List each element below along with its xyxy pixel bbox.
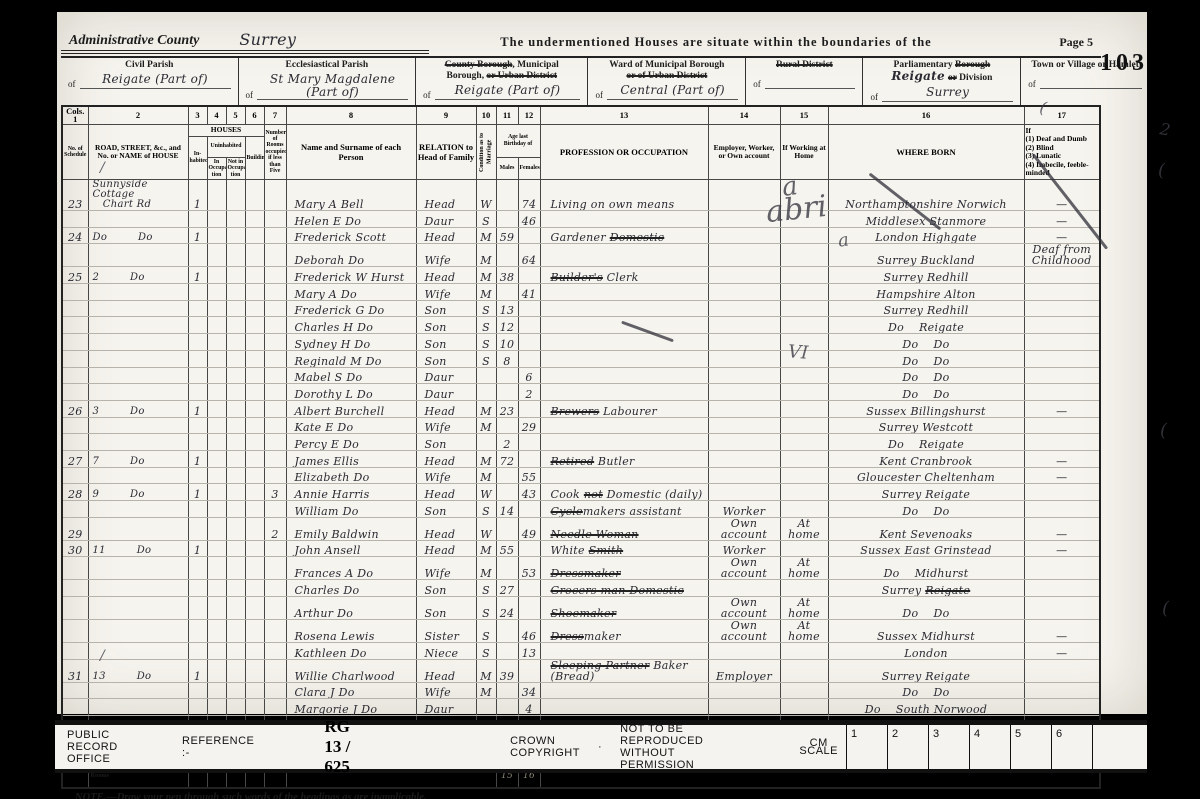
table-cell: [226, 434, 245, 451]
table-cell: Elizabeth Do: [286, 467, 416, 484]
table-cell: [518, 300, 540, 317]
scale-cell: 5: [1010, 725, 1051, 769]
table-cell: Cyclemakers assistant: [540, 501, 708, 518]
table-cell: M: [476, 400, 496, 417]
table-cell: [518, 227, 540, 244]
table-cell: [496, 211, 518, 228]
folio-number: 103: [1100, 50, 1148, 77]
table-cell: [245, 434, 264, 451]
table-cell: [207, 484, 226, 501]
table-cell: 1: [188, 267, 207, 284]
table-cell: [62, 620, 88, 643]
table-cell: [207, 467, 226, 484]
col-header-age: Age last Birthday of: [496, 125, 540, 158]
table-cell: [245, 450, 264, 467]
table-cell: [188, 501, 207, 518]
table-cell: —: [1024, 180, 1100, 211]
table-cell: [264, 540, 286, 557]
table-cell: [518, 597, 540, 620]
table-cell: [62, 699, 88, 716]
table-cell: [226, 501, 245, 518]
census-row: Charles H DoSonS12Do Reigate: [62, 317, 1100, 334]
table-cell: 1: [188, 227, 207, 244]
table-cell: [62, 501, 88, 518]
table-cell: [226, 467, 245, 484]
table-cell: [226, 643, 245, 660]
table-cell: 2: [518, 384, 540, 401]
table-cell: [708, 227, 780, 244]
scale-cell: 3: [928, 725, 969, 769]
table-cell: [207, 597, 226, 620]
census-row: Kate E DoWifeM29Surrey Westcott: [62, 417, 1100, 434]
table-cell: [780, 227, 828, 244]
table-cell: [1024, 334, 1100, 351]
table-cell: Margorie J Do: [286, 699, 416, 716]
table-cell: [245, 467, 264, 484]
table-cell: [264, 450, 286, 467]
table-cell: Son: [416, 597, 476, 620]
table-cell: Head: [416, 659, 476, 682]
table-cell: [188, 211, 207, 228]
table-cell: Daur: [416, 384, 476, 401]
district-box: Ecclesiastical ParishofSt Mary Magdalene…: [239, 58, 417, 105]
column-number: 16: [828, 106, 1024, 125]
table-cell: —: [1024, 467, 1100, 484]
table-cell: [245, 580, 264, 597]
column-number: 12: [518, 106, 540, 125]
table-cell: [188, 384, 207, 401]
table-cell: [708, 384, 780, 401]
table-cell: [207, 317, 226, 334]
table-cell: [245, 180, 264, 211]
table-cell: [708, 367, 780, 384]
table-cell: [207, 557, 226, 580]
census-row: Percy E DoSon2Do Reigate: [62, 434, 1100, 451]
census-row: 24Do Do1Frederick ScottHeadM59Gardener D…: [62, 227, 1100, 244]
table-cell: [245, 367, 264, 384]
table-cell: [245, 317, 264, 334]
table-cell: [226, 300, 245, 317]
table-cell: [62, 417, 88, 434]
table-cell: [264, 434, 286, 451]
table-cell: [1024, 501, 1100, 518]
table-cell: Middlesex Stanmore: [828, 211, 1024, 228]
table-cell: [708, 267, 780, 284]
census-row: 263 Do1Albert BurchellHeadM23Brewers Lab…: [62, 400, 1100, 417]
census-row: 292Emily BaldwinHeadW49Needle WomanOwn a…: [62, 517, 1100, 540]
table-cell: Own account: [708, 557, 780, 580]
table-cell: [1024, 317, 1100, 334]
table-cell: 1: [188, 450, 207, 467]
table-cell: Head: [416, 267, 476, 284]
table-cell: Northamptonshire Norwich: [828, 180, 1024, 211]
table-cell: John Ansell: [286, 540, 416, 557]
table-cell: [245, 244, 264, 267]
table-cell: Retired Butler: [540, 450, 708, 467]
census-row: Rosena LewisSisterS46DressmakerOwn accou…: [62, 620, 1100, 643]
table-cell: [1024, 682, 1100, 699]
table-cell: [1024, 267, 1100, 284]
table-cell: Head: [416, 227, 476, 244]
table-cell: [264, 367, 286, 384]
table-cell: [207, 300, 226, 317]
table-cell: [226, 284, 245, 301]
col-header-condition: Condition as to Marriage: [476, 125, 496, 180]
table-cell: [540, 417, 708, 434]
table-cell: Wife: [416, 467, 476, 484]
table-cell: [245, 659, 264, 682]
table-cell: [708, 484, 780, 501]
table-cell: Sussex Billingshurst: [828, 400, 1024, 417]
table-cell: [88, 334, 188, 351]
table-cell: 1: [188, 540, 207, 557]
table-cell: 29: [62, 517, 88, 540]
table-cell: [207, 517, 226, 540]
table-cell: Sussex East Grinstead: [828, 540, 1024, 557]
table-cell: Frederick G Do: [286, 300, 416, 317]
table-cell: Dressmaker: [540, 557, 708, 580]
table-cell: S: [476, 620, 496, 643]
table-cell: Do Do: [828, 501, 1024, 518]
table-cell: [264, 557, 286, 580]
table-cell: Do Reigate: [828, 434, 1024, 451]
table-cell: [1024, 384, 1100, 401]
col-header-houses: HOUSES: [188, 125, 264, 137]
table-cell: [496, 467, 518, 484]
census-row: Elizabeth DoWifeM55Gloucester Cheltenham…: [62, 467, 1100, 484]
census-row: 277 Do1James EllisHeadM72Retired ButlerK…: [62, 450, 1100, 467]
table-cell: [245, 267, 264, 284]
col-header-relation: RELATION to Head of Family: [416, 125, 476, 180]
table-cell: Surrey Reigate: [828, 659, 1024, 682]
table-cell: [780, 317, 828, 334]
table-cell: Niece: [416, 643, 476, 660]
table-cell: [264, 682, 286, 699]
table-cell: [1024, 659, 1100, 682]
table-cell: 53: [518, 557, 540, 580]
table-cell: Daur: [416, 211, 476, 228]
table-cell: Deborah Do: [286, 244, 416, 267]
table-cell: W: [476, 180, 496, 211]
table-cell: [264, 317, 286, 334]
table-cell: Shoemaker: [540, 597, 708, 620]
table-cell: Wife: [416, 557, 476, 580]
table-cell: [88, 211, 188, 228]
col-header-name: Name and Surname of each Person: [286, 125, 416, 180]
table-cell: [226, 400, 245, 417]
scale-cell: [1092, 725, 1147, 769]
table-cell: [264, 643, 286, 660]
table-cell: [245, 557, 264, 580]
table-cell: [1024, 580, 1100, 597]
table-cell: Son: [416, 434, 476, 451]
table-cell: Charles Do: [286, 580, 416, 597]
census-row: Charles DoSonS27Grocers man DomesticSurr…: [62, 580, 1100, 597]
table-cell: Employer: [708, 659, 780, 682]
district-box: Rural Districtof: [746, 58, 863, 105]
table-cell: Head: [416, 450, 476, 467]
col-header-uninhabited: Uninhabited: [207, 136, 245, 157]
footer-office: PUBLIC RECORD OFFICE: [67, 729, 127, 765]
table-cell: [245, 227, 264, 244]
table-cell: [496, 180, 518, 211]
table-cell: 43: [518, 484, 540, 501]
table-cell: Kathleen Do: [286, 643, 416, 660]
table-cell: M: [476, 417, 496, 434]
table-cell: Kent Cranbrook: [828, 450, 1024, 467]
table-cell: [518, 580, 540, 597]
col-header-employer: Employer, Worker, or Own account: [708, 125, 780, 180]
table-cell: [207, 580, 226, 597]
pencil-annotation: (: [1160, 420, 1167, 441]
table-cell: [708, 682, 780, 699]
table-cell: Frederick Scott: [286, 227, 416, 244]
table-cell: [188, 284, 207, 301]
form-note: NOTE.—Draw your pen through such words o…: [75, 792, 1101, 799]
table-cell: [245, 211, 264, 228]
table-cell: Own account: [708, 597, 780, 620]
census-row: William DoSonS14Cyclemakers assistantWor…: [62, 501, 1100, 518]
table-cell: [207, 417, 226, 434]
column-number: 11: [496, 106, 518, 125]
table-cell: [207, 659, 226, 682]
table-cell: Do Do: [828, 682, 1024, 699]
table-cell: [245, 540, 264, 557]
table-cell: [207, 400, 226, 417]
table-cell: 12: [496, 317, 518, 334]
table-cell: Willie Charlwood: [286, 659, 416, 682]
footer-scale-ruler: 123456: [846, 725, 1147, 769]
table-cell: [207, 284, 226, 301]
table-cell: Head: [416, 484, 476, 501]
column-number: 15: [780, 106, 828, 125]
table-cell: S: [476, 501, 496, 518]
table-cell: [780, 682, 828, 699]
table-cell: [708, 350, 780, 367]
table-cell: 24: [62, 227, 88, 244]
table-cell: [476, 699, 496, 716]
scale-cell: 4: [969, 725, 1010, 769]
table-cell: [708, 211, 780, 228]
table-cell: [264, 417, 286, 434]
table-cell: Head: [416, 180, 476, 211]
table-cell: 28: [62, 484, 88, 501]
table-cell: [226, 267, 245, 284]
table-cell: [518, 317, 540, 334]
table-cell: 25: [62, 267, 88, 284]
table-cell: [88, 284, 188, 301]
table-cell: [496, 384, 518, 401]
column-number: 8: [286, 106, 416, 125]
table-cell: [245, 517, 264, 540]
table-cell: Sydney H Do: [286, 334, 416, 351]
table-cell: [708, 334, 780, 351]
census-row: Sydney H DoSonS10Do Do: [62, 334, 1100, 351]
pencil-annotation: 2: [1158, 119, 1171, 139]
table-cell: —: [1024, 517, 1100, 540]
table-cell: 72: [496, 450, 518, 467]
table-cell: —: [1024, 450, 1100, 467]
table-cell: 74: [518, 180, 540, 211]
table-cell: [540, 367, 708, 384]
table-cell: [226, 244, 245, 267]
table-cell: [62, 557, 88, 580]
table-cell: [62, 350, 88, 367]
table-cell: Sunnyside Cottage Chart Rd: [88, 180, 188, 211]
table-cell: [188, 580, 207, 597]
table-cell: [207, 620, 226, 643]
table-cell: [207, 211, 226, 228]
table-cell: [62, 211, 88, 228]
table-cell: [188, 643, 207, 660]
table-cell: Worker: [708, 540, 780, 557]
table-cell: S: [476, 350, 496, 367]
table-cell: [476, 434, 496, 451]
table-cell: [264, 267, 286, 284]
table-cell: 23: [496, 400, 518, 417]
table-cell: [62, 384, 88, 401]
district-box: Ward of Municipal Boroughor of Urban Dis…: [588, 58, 746, 105]
table-cell: Mary A Bell: [286, 180, 416, 211]
table-cell: [708, 300, 780, 317]
table-cell: [708, 643, 780, 660]
table-cell: [226, 367, 245, 384]
table-cell: [540, 643, 708, 660]
table-cell: London: [828, 643, 1024, 660]
table-cell: 1: [188, 180, 207, 211]
table-cell: [245, 300, 264, 317]
table-cell: —: [1024, 400, 1100, 417]
table-cell: Own account: [708, 517, 780, 540]
table-cell: Do Reigate: [828, 317, 1024, 334]
column-number: 7: [264, 106, 286, 125]
administrative-county: Administrative County Surrey: [61, 30, 429, 54]
table-cell: [518, 350, 540, 367]
table-cell: 9 Do: [88, 484, 188, 501]
table-cell: [496, 620, 518, 643]
table-cell: [62, 334, 88, 351]
column-number: 13: [540, 106, 708, 125]
table-cell: [245, 597, 264, 620]
table-cell: [540, 244, 708, 267]
table-cell: Wife: [416, 682, 476, 699]
table-cell: M: [476, 557, 496, 580]
table-cell: [245, 284, 264, 301]
district-box: Parliamentary BoroughReigateor Divisiono…: [863, 58, 1021, 105]
column-number: 4: [207, 106, 226, 125]
table-cell: Sleeping Partner Baker (Bread): [540, 659, 708, 682]
column-number: 14: [708, 106, 780, 125]
table-cell: 26: [62, 400, 88, 417]
table-cell: 13: [496, 300, 518, 317]
col-header-where-born: WHERE BORN: [828, 125, 1024, 180]
table-cell: [518, 659, 540, 682]
table-cell: [207, 682, 226, 699]
table-cell: [188, 467, 207, 484]
district-box: Civil ParishofReigate (Part of): [61, 58, 239, 105]
col-header-males: Males: [496, 157, 518, 179]
table-cell: [207, 227, 226, 244]
table-cell: Surrey Westcott: [828, 417, 1024, 434]
microfilm-footer: PUBLIC RECORD OFFICE REFERENCE :- RG 13 …: [55, 720, 1147, 773]
table-cell: Builder's Clerk: [540, 267, 708, 284]
table-cell: [708, 450, 780, 467]
table-cell: [226, 597, 245, 620]
column-number: Cols. 1: [62, 106, 88, 125]
table-cell: [708, 434, 780, 451]
table-cell: [1024, 434, 1100, 451]
table-cell: 13 Do: [88, 659, 188, 682]
table-cell: Frederick W Hurst: [286, 267, 416, 284]
table-cell: Living on own means: [540, 180, 708, 211]
table-cell: Percy E Do: [286, 434, 416, 451]
table-cell: —: [1024, 643, 1100, 660]
table-cell: Sister: [416, 620, 476, 643]
table-cell: [264, 244, 286, 267]
table-cell: 41: [518, 284, 540, 301]
table-cell: [62, 317, 88, 334]
census-row: 23Sunnyside Cottage Chart Rd1Mary A Bell…: [62, 180, 1100, 211]
table-cell: [780, 211, 828, 228]
census-row: Margorie J DoDaur4Do South Norwood: [62, 699, 1100, 716]
table-cell: [62, 367, 88, 384]
table-cell: Son: [416, 317, 476, 334]
table-cell: [226, 317, 245, 334]
table-cell: [1024, 557, 1100, 580]
table-cell: [780, 334, 828, 351]
table-cell: [496, 367, 518, 384]
table-cell: [540, 350, 708, 367]
col-header-infirmity: If (1) Deaf and Dumb (2) Blind (3) Lunat…: [1024, 125, 1100, 180]
col-header-females: Females: [518, 157, 540, 179]
table-cell: Helen E Do: [286, 211, 416, 228]
table-cell: [264, 620, 286, 643]
table-cell: [496, 244, 518, 267]
table-cell: [708, 244, 780, 267]
table-cell: Son: [416, 334, 476, 351]
pencil-annotation: (: [1162, 598, 1169, 619]
table-cell: [88, 597, 188, 620]
table-cell: [780, 300, 828, 317]
table-cell: —: [1024, 227, 1100, 244]
table-cell: Dorothy L Do: [286, 384, 416, 401]
table-cell: [226, 211, 245, 228]
census-row: Clara J DoWifeM34Do Do: [62, 682, 1100, 699]
table-cell: [540, 699, 708, 716]
table-cell: [245, 699, 264, 716]
table-cell: [780, 699, 828, 716]
table-cell: [1024, 350, 1100, 367]
table-cell: [226, 384, 245, 401]
table-cell: 34: [518, 682, 540, 699]
census-row: Kathleen DoNieceS13London—: [62, 643, 1100, 660]
table-cell: S: [476, 317, 496, 334]
table-cell: 2: [264, 517, 286, 540]
table-cell: 27: [496, 580, 518, 597]
table-cell: [264, 400, 286, 417]
census-row: Mary A DoWifeM41Hampshire Alton: [62, 284, 1100, 301]
column-numbers-row: Cols. 1234567891011121314151617: [62, 106, 1100, 125]
table-cell: S: [476, 597, 496, 620]
table-cell: S: [476, 580, 496, 597]
col-header-not-in-occupation: Not in Occupa-tion: [226, 157, 245, 179]
table-cell: [264, 580, 286, 597]
table-cell: [226, 517, 245, 540]
table-cell: [708, 400, 780, 417]
table-cell: [88, 350, 188, 367]
table-cell: [780, 400, 828, 417]
table-cell: 3: [264, 484, 286, 501]
